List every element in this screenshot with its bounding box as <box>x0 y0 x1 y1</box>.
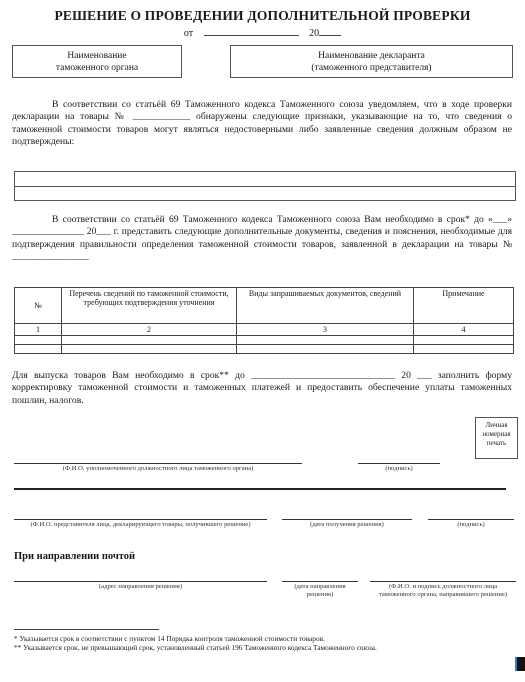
send-date-caption: (дата направления решения) <box>282 583 358 599</box>
send-date-line[interactable] <box>282 581 358 582</box>
sender-line[interactable] <box>370 581 516 582</box>
footnote-separator <box>14 629 159 630</box>
address-line[interactable] <box>14 581 267 582</box>
table-row[interactable] <box>15 345 514 354</box>
footnote-1: * Указывается срок в соответствии с пунк… <box>14 634 484 643</box>
col-number-2: 2 <box>62 324 237 336</box>
receipt-date-caption: (дата получения решения) <box>282 521 412 529</box>
request-paragraph: В соответствии со статьёй 69 Таможенного… <box>12 214 512 264</box>
col-header-info: Перечень сведений по таможенной стоимост… <box>62 288 237 324</box>
official-sign-line[interactable] <box>358 463 440 464</box>
col-header-number: № <box>15 288 62 324</box>
official-name-line[interactable] <box>14 463 302 464</box>
date-year: 20 <box>309 28 319 39</box>
release-paragraph: Для выпуска товаров Вам необходимо в сро… <box>12 370 512 407</box>
footnote-2: ** Указывается срок, не превышающий срок… <box>14 643 484 652</box>
divider <box>14 488 506 490</box>
signs-field[interactable] <box>14 171 516 201</box>
recipient-sign-caption: (подпись) <box>428 521 514 529</box>
personal-stamp: Личная номерная печать <box>475 417 518 459</box>
customs-body-box: Наименование таможенного органа <box>12 45 182 78</box>
address-caption: (адрес направления решения) <box>14 583 267 591</box>
document-title: РЕШЕНИЕ О ПРОВЕДЕНИИ ДОПОЛНИТЕЛЬНОЙ ПРОВ… <box>0 8 525 24</box>
recipient-name-caption: (Ф.И.О. представителя лица, декларирующе… <box>14 521 267 529</box>
table-row[interactable] <box>15 336 514 345</box>
recipient-sign-line[interactable] <box>428 519 514 520</box>
notice-paragraph: В соответствии со статьёй 69 Таможенного… <box>12 99 512 149</box>
requested-documents-table: № Перечень сведений по таможенной стоимо… <box>14 287 514 354</box>
date-field[interactable] <box>204 26 299 36</box>
date-prefix: от <box>184 28 193 39</box>
col-header-note: Примечание <box>414 288 514 324</box>
official-sign-caption: (подпись) <box>358 465 440 473</box>
recipient-name-line[interactable] <box>14 519 267 520</box>
col-header-documents: Виды запрашиваемых документов, сведений <box>237 288 414 324</box>
declarant-box: Наименование декларанта (таможенного пре… <box>230 45 513 78</box>
col-number-1: 1 <box>15 324 62 336</box>
sender-caption: (Ф.И.О. и подпись должностного лица тамо… <box>374 583 512 599</box>
year-field[interactable] <box>319 26 341 36</box>
mail-heading: При направлении почтой <box>14 551 135 562</box>
document-date: от 20 <box>0 26 525 39</box>
window-edge-fragment <box>515 657 525 671</box>
official-name-caption: (Ф.И.О. уполномоченного должностного лиц… <box>14 465 302 473</box>
col-number-3: 3 <box>237 324 414 336</box>
receipt-date-line[interactable] <box>282 519 412 520</box>
col-number-4: 4 <box>414 324 514 336</box>
